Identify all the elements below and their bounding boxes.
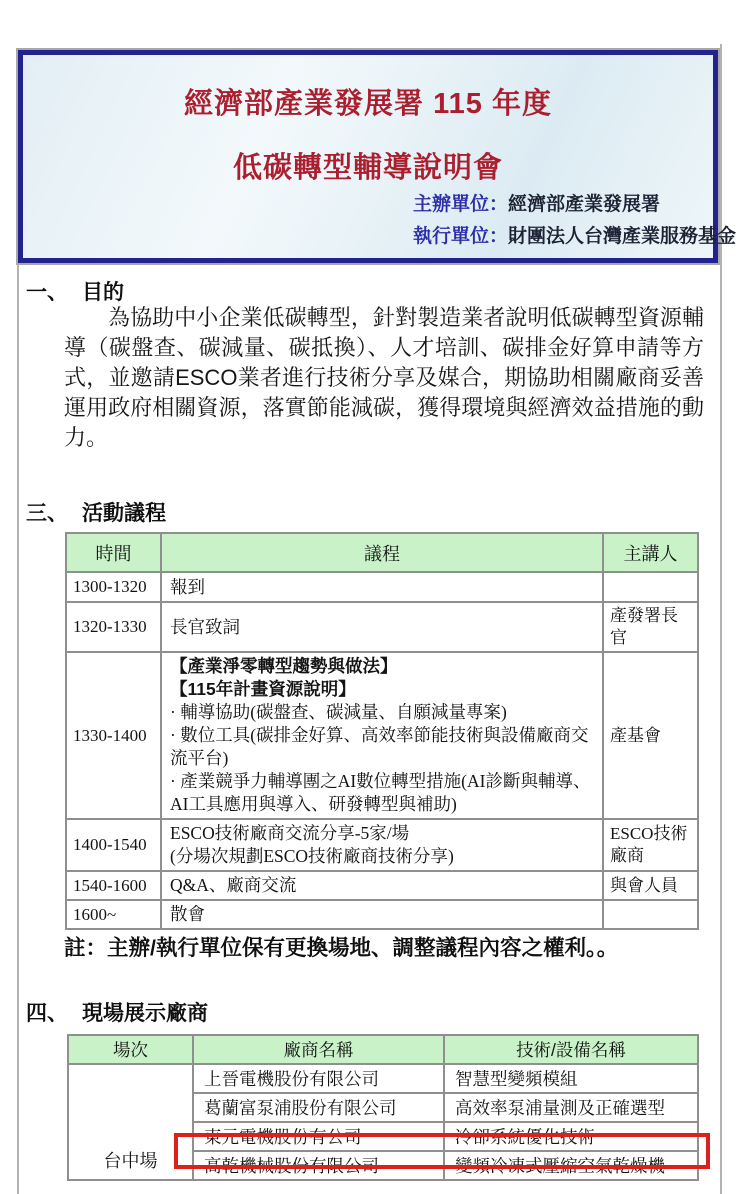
exhibitor-table: 場次廠商名稱技術/設備名稱 台中場上晉電機股份有限公司智慧型變頻模組葛蘭富泵浦股… [67,1034,699,1181]
agenda-row: 1330-1400【產業淨零轉型趨勢與做法】【115年計畫資源說明】· 輔導協助… [66,652,698,819]
agenda-program-cell: 散會 [161,900,603,929]
exhibitor-tech-cell: 智慧型變頻模組 [444,1064,698,1093]
exhibitors-section-heading: 四、 現場展示廠商 [26,997,208,1027]
agenda-row: 1300-1320報到 [66,572,698,602]
agenda-note: 註：主辦/執行單位保有更換場地、調整議程內容之權利。。 [64,931,618,962]
agenda-column-header: 主講人 [603,533,698,572]
agenda-table-body: 1300-1320報到1320-1330長官致詞產發署長官1330-1400【產… [66,572,698,929]
agenda-program-line: 【115年計畫資源說明】 [170,678,594,701]
agenda-column-header: 議程 [161,533,603,572]
agenda-row: 1320-1330長官致詞產發署長官 [66,602,698,652]
agenda-program-cell: Q&A、廠商交流 [161,871,603,900]
executor-value: 財團法人台灣產業服務基金會 [508,226,736,247]
scanned-document-page: 經濟部產業發展署 115 年度 低碳轉型輔導說明會 主辦單位：經濟部產業發展署 … [0,0,736,1194]
event-title-line1: 經濟部產業發展署 115 年度 [23,81,713,122]
executor-label: 執行單位： [413,226,508,247]
exhibitor-row: 台中場上晉電機股份有限公司智慧型變頻模組 [68,1064,698,1093]
exhibitors-section-number: 四、 [26,997,68,1027]
agenda-program-line: · 產業競爭力輔導團之AI數位轉型措施(AI診斷與輔導、AI工具應用與導入、研發… [170,770,594,816]
agenda-time-cell: 1400-1540 [66,819,161,871]
exhibitor-column-header: 場次 [68,1035,193,1064]
agenda-program-line: 【產業淨零轉型趨勢與做法】 [170,655,594,678]
agenda-section-heading: 三、 活動議程 [26,497,166,527]
agenda-table-header-row: 時間議程主講人 [66,533,698,572]
agenda-program-line: 散會 [170,903,594,926]
exhibitor-tech-cell: 高效率泵浦量測及正確選型 [444,1093,698,1122]
event-title-line2: 低碳轉型輔導說明會 [23,145,713,186]
exhibitor-session-cell: 台中場 [68,1064,193,1180]
executor-line: 執行單位：財團法人台灣產業服務基金會 [413,225,736,249]
agenda-row: 1600~散會 [66,900,698,929]
purpose-section-number: 一、 [26,276,68,306]
agenda-table: 時間議程主講人 1300-1320報到1320-1330長官致詞產發署長官133… [65,532,699,930]
agenda-column-header: 時間 [66,533,161,572]
exhibitor-vendor-cell: 高乾機械股份有限公司 [193,1151,444,1180]
agenda-time-cell: 1540-1600 [66,871,161,900]
agenda-program-cell: 報到 [161,572,603,602]
agenda-speaker-cell [603,900,698,929]
exhibitor-vendor-cell: 上晉電機股份有限公司 [193,1064,444,1093]
agenda-program-line: ESCO技術廠商交流分享-5家/場 [170,822,594,845]
exhibitor-table-header-row: 場次廠商名稱技術/設備名稱 [68,1035,698,1064]
exhibitor-vendor-cell: 東元電機股份有公司 [193,1122,444,1151]
agenda-speaker-cell [603,572,698,602]
agenda-time-cell: 1330-1400 [66,652,161,819]
event-header-box: 經濟部產業發展署 115 年度 低碳轉型輔導說明會 主辦單位：經濟部產業發展署 … [18,50,718,263]
agenda-time-cell: 1300-1320 [66,572,161,602]
exhibitors-section-title: 現場展示廠商 [82,997,208,1027]
agenda-speaker-cell: 產基會 [603,652,698,819]
agenda-program-line: · 數位工具(碳排金好算、高效率節能技術與設備廠商交流平台) [170,724,594,770]
agenda-time-cell: 1600~ [66,900,161,929]
agenda-program-line: 長官致詞 [170,616,594,639]
agenda-program-line: 報到 [170,576,594,599]
purpose-paragraph: 為協助中小企業低碳轉型，針對製造業者說明低碳轉型資源輔導（碳盤查、碳減量、碳抵換… [64,303,704,453]
agenda-program-line: (分場次規劃ESCO技術廠商技術分享) [170,845,594,868]
purpose-section-title: 目的 [82,276,124,306]
agenda-speaker-cell: ESCO技術廠商 [603,819,698,871]
agenda-speaker-cell: 產發署長官 [603,602,698,652]
agenda-speaker-cell: 與會人員 [603,871,698,900]
agenda-row: 1400-1540ESCO技術廠商交流分享-5家/場(分場次規劃ESCO技術廠商… [66,819,698,871]
agenda-time-cell: 1320-1330 [66,602,161,652]
agenda-program-cell: 【產業淨零轉型趨勢與做法】【115年計畫資源說明】· 輔導協助(碳盤查、碳減量、… [161,652,603,819]
agenda-program-cell: ESCO技術廠商交流分享-5家/場(分場次規劃ESCO技術廠商技術分享) [161,819,603,871]
agenda-program-cell: 長官致詞 [161,602,603,652]
organizer-line: 主辦單位：經濟部產業發展署 [413,193,660,217]
agenda-section-number: 三、 [26,497,68,527]
page-edge-line-right [720,44,722,1194]
purpose-section-heading: 一、 目的 [26,276,124,306]
exhibitor-column-header: 廠商名稱 [193,1035,444,1064]
exhibitor-column-header: 技術/設備名稱 [444,1035,698,1064]
agenda-section-title: 活動議程 [82,497,166,527]
agenda-program-line: · 輔導協助(碳盤查、碳減量、自願減量專案) [170,701,594,724]
agenda-program-line: Q&A、廠商交流 [170,874,594,897]
exhibitor-vendor-cell: 葛蘭富泵浦股份有限公司 [193,1093,444,1122]
organizer-label: 主辦單位： [413,194,508,215]
exhibitor-tech-cell: 變頻冷凍式壓縮空氣乾燥機 [444,1151,698,1180]
agenda-row: 1540-1600Q&A、廠商交流與會人員 [66,871,698,900]
exhibitor-table-body: 台中場上晉電機股份有限公司智慧型變頻模組葛蘭富泵浦股份有限公司高效率泵浦量測及正… [68,1064,698,1180]
exhibitor-tech-cell: 冷卻系統優化技術 [444,1122,698,1151]
organizer-value: 經濟部產業發展署 [508,194,660,215]
